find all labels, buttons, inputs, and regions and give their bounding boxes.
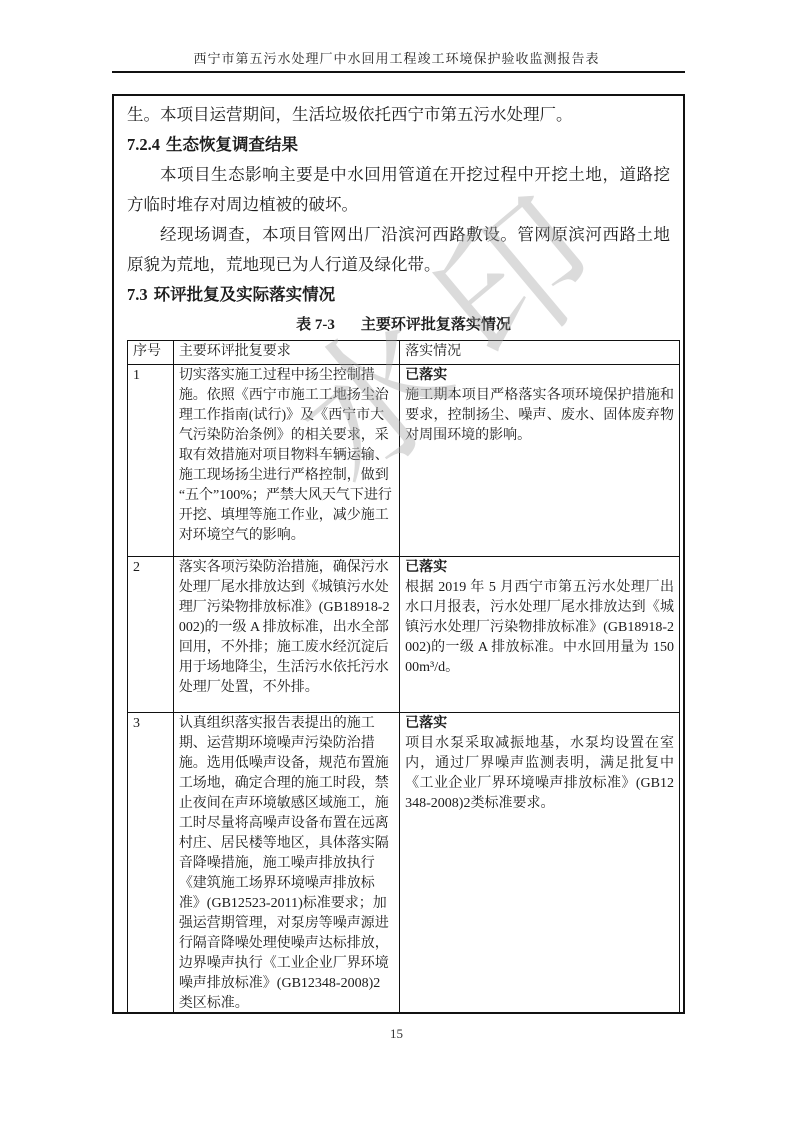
page-number: 15 — [0, 1026, 793, 1042]
cell-serial: 1 — [128, 365, 174, 557]
cell-serial: 3 — [128, 713, 174, 1015]
section-heading-7-3: 7.3环评批复及实际落实情况 — [127, 280, 680, 310]
cell-requirement: 切实落实施工过程中扬尘控制措施。依照《西宁市施工工地扬尘治理工作指南(试行)》及… — [173, 365, 399, 557]
status-detail: 根据 2019 年 5 月西宁市第五污水处理厂出水口月报表，污水处理厂尾水排放达… — [405, 578, 674, 678]
status-detail: 施工期本项目严格落实各项环境保护措施和要求，控制扬尘、噪声、废水、固体废弃物对周… — [405, 386, 674, 446]
table-caption: 表 7-3主要环评批复落实情况 — [127, 310, 680, 340]
report-content-box: 生。本项目运营期间，生活垃圾依托西宁市第五污水处理厂。 7.2.4生态恢复调查结… — [112, 94, 685, 1014]
column-header-requirement: 主要环评批复要求 — [173, 341, 399, 365]
eia-approval-implementation-table: 序号 主要环评批复要求 落实情况 1 切实落实施工过程中扬尘控制措施。依照《西宁… — [127, 340, 680, 1014]
cell-requirement: 落实各项污染防治措施，确保污水处理厂尾水排放达到《城镇污水处理厂污染物排放标准》… — [173, 557, 399, 713]
section-title: 生态恢复调查结果 — [166, 135, 298, 154]
section-number: 7.2.4 — [127, 135, 160, 154]
cell-serial: 2 — [128, 557, 174, 713]
table-row: 3 认真组织落实报告表提出的施工期、运营期环境噪声污染防治措施。选用低噪声设备，… — [128, 713, 680, 1015]
table-caption-title: 主要环评批复落实情况 — [361, 317, 511, 333]
cell-requirement: 认真组织落实报告表提出的施工期、运营期环境噪声污染防治措施。选用低噪声设备，规范… — [173, 713, 399, 1015]
header-divider — [112, 71, 685, 73]
paragraph-ecology-impact: 本项目生态影响主要是中水回用管道在开挖过程中开挖土地，道路挖方临时堆存对周边植被… — [127, 160, 680, 220]
table-row: 2 落实各项污染防治措施，确保污水处理厂尾水排放达到《城镇污水处理厂污染物排放标… — [128, 557, 680, 713]
status-title: 已落实 — [405, 714, 674, 734]
cell-implementation: 已落实 根据 2019 年 5 月西宁市第五污水处理厂出水口月报表，污水处理厂尾… — [400, 557, 680, 713]
column-header-implementation: 落实情况 — [400, 341, 680, 365]
cell-implementation: 已落实 施工期本项目严格落实各项环境保护措施和要求，控制扬尘、噪声、废水、固体废… — [400, 365, 680, 557]
status-detail: 项目水泵采取减振地基，水泵均设置在室内，通过厂界噪声监测表明，满足批复中《工业企… — [405, 734, 674, 814]
section-heading-7-2-4: 7.2.4生态恢复调查结果 — [127, 130, 680, 160]
status-title: 已落实 — [405, 366, 674, 386]
column-header-serial: 序号 — [128, 341, 174, 365]
section-title: 环评批复及实际落实情况 — [154, 285, 336, 304]
status-title: 已落实 — [405, 558, 674, 578]
section-number: 7.3 — [127, 285, 148, 304]
paragraph-continuation: 生。本项目运营期间，生活垃圾依托西宁市第五污水处理厂。 — [127, 100, 680, 130]
table-row: 1 切实落实施工过程中扬尘控制措施。依照《西宁市施工工地扬尘治理工作指南(试行)… — [128, 365, 680, 557]
document-header-title: 西宁市第五污水处理厂中水回用工程竣工环境保护验收监测报告表 — [0, 48, 793, 67]
table-caption-label: 表 7-3 — [296, 317, 335, 333]
cell-implementation: 已落实 项目水泵采取减振地基，水泵均设置在室内，通过厂界噪声监测表明，满足批复中… — [400, 713, 680, 1015]
paragraph-site-survey: 经现场调查，本项目管网出厂沿滨河西路敷设。管网原滨河西路土地原貌为荒地，荒地现已… — [127, 220, 680, 280]
table-header-row: 序号 主要环评批复要求 落实情况 — [128, 341, 680, 365]
